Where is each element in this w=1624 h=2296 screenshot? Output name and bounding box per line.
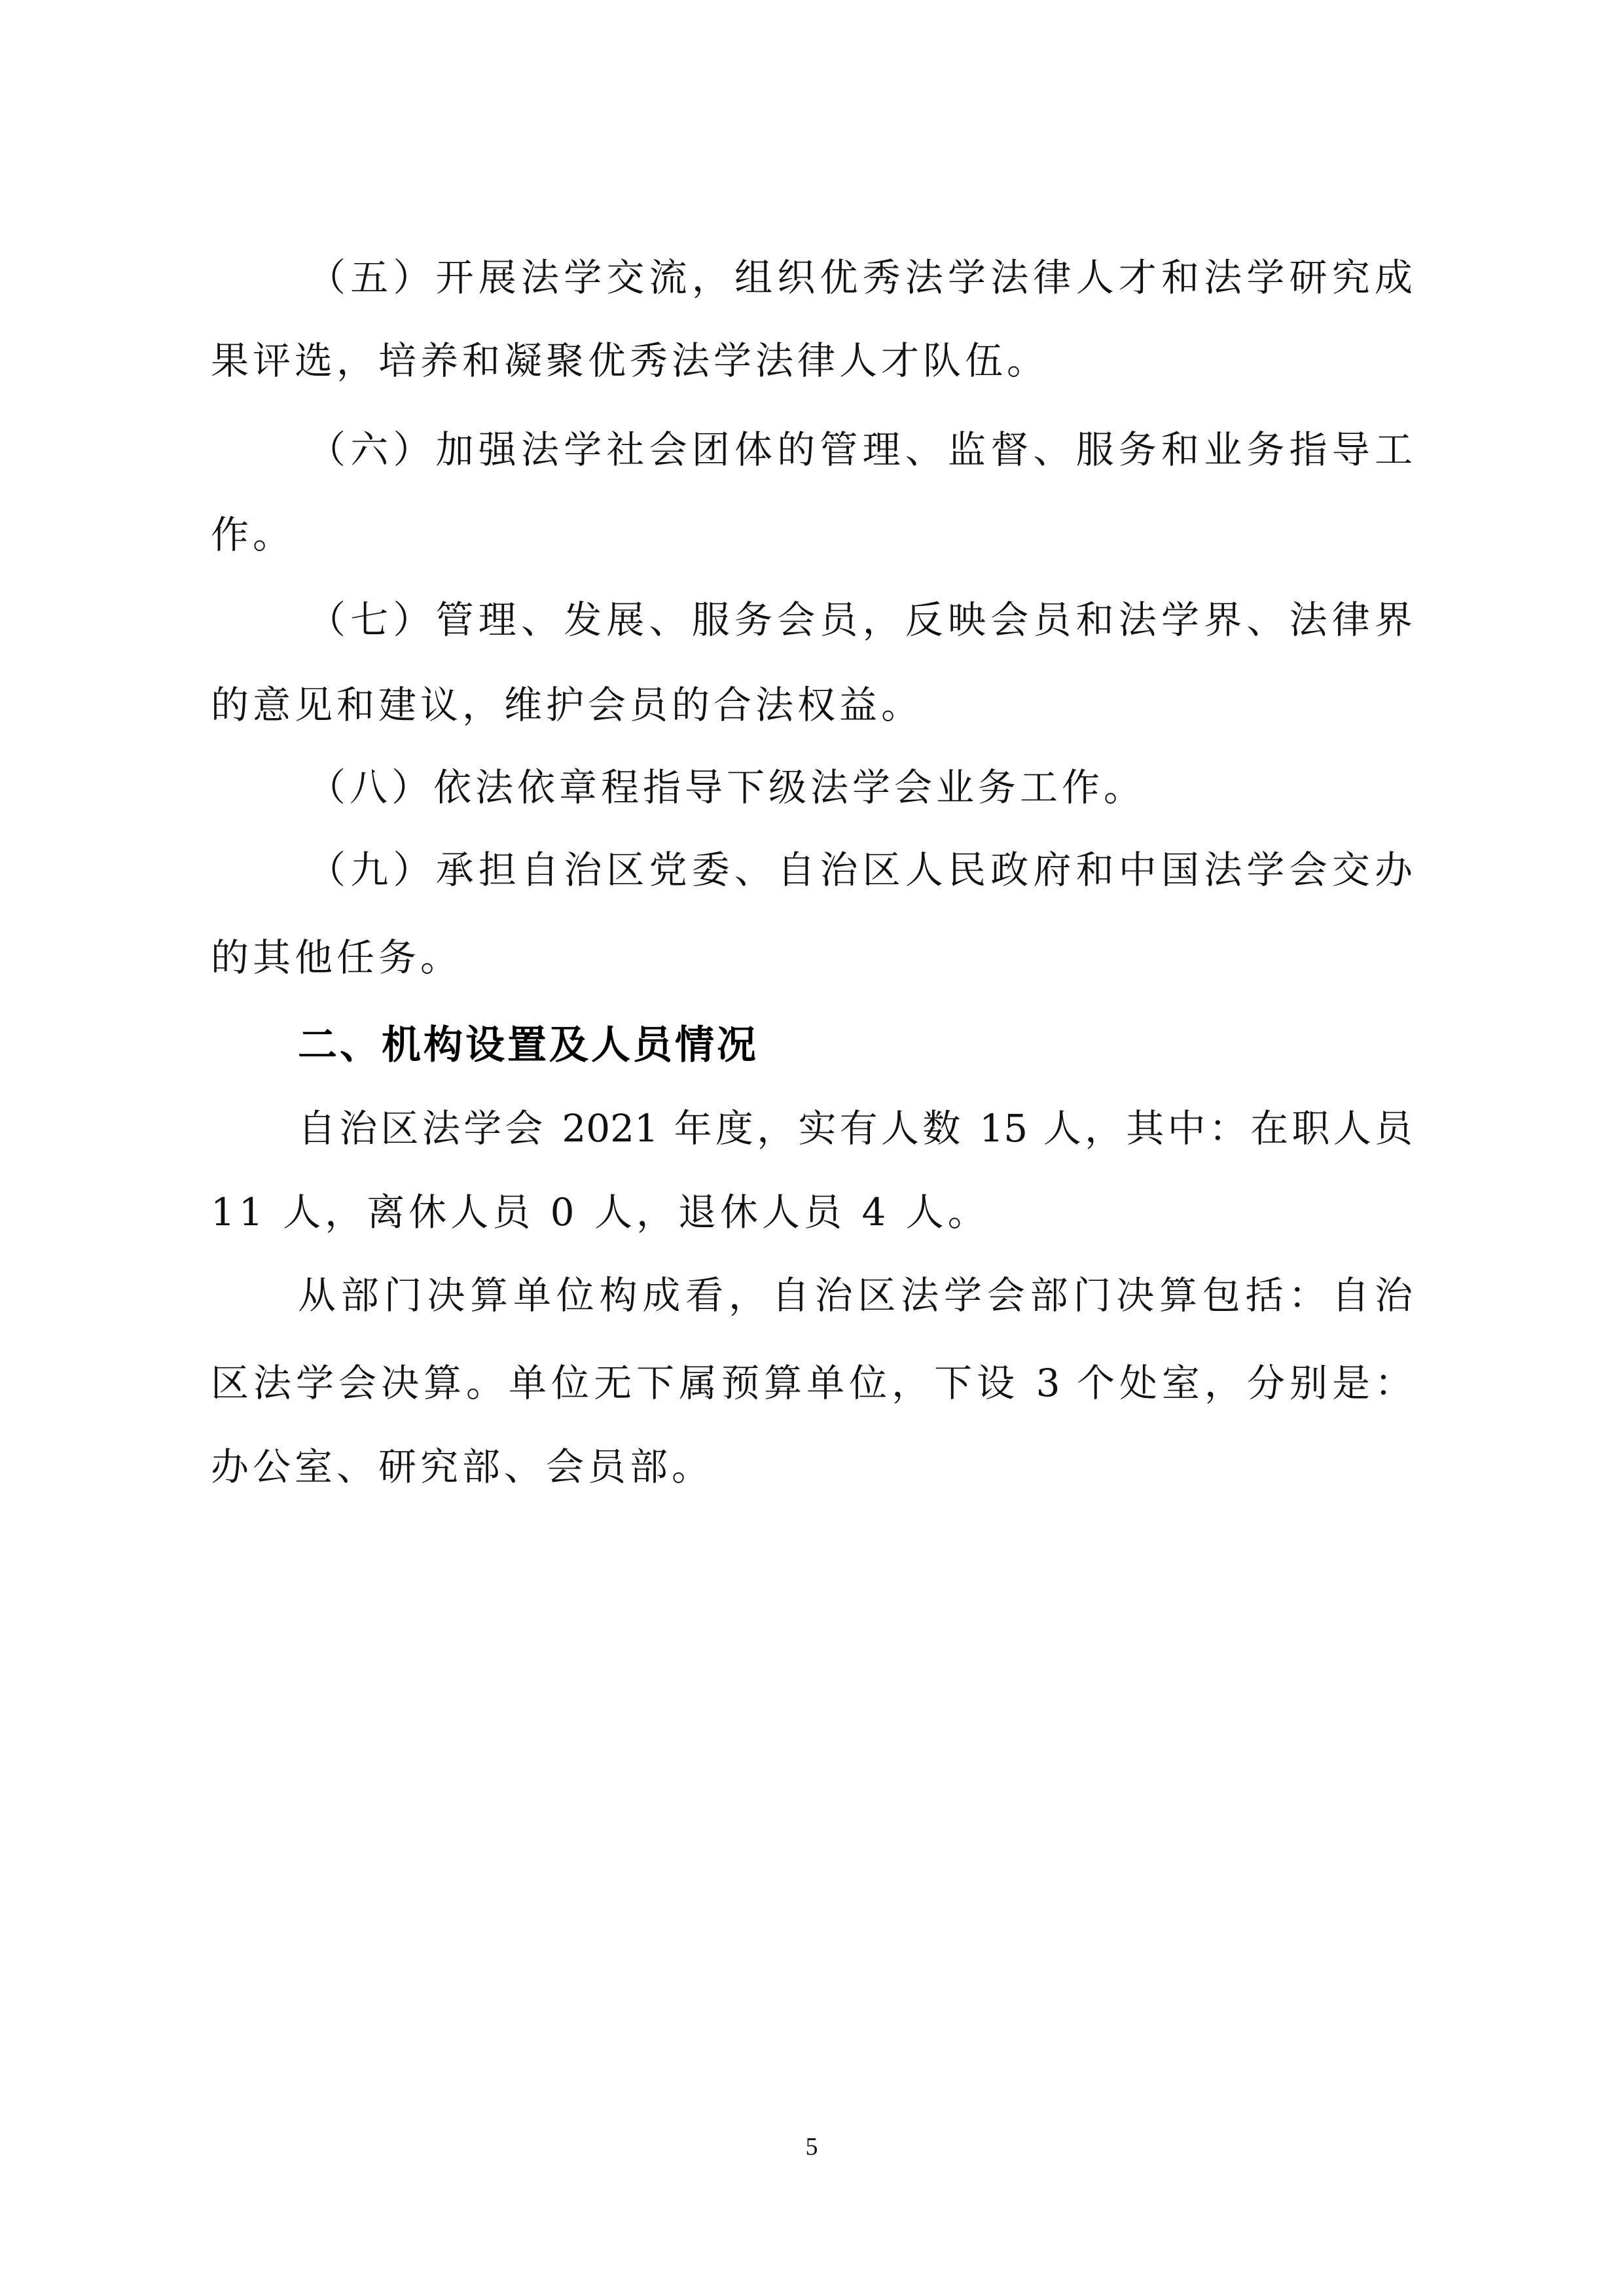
item-6-line-1: （六）加强法学社会团体的管理、监督、服务和业务指导工 — [308, 423, 1413, 476]
item-8-line-1: （八）依法依章程指导下级法学会业务工作。 — [308, 761, 1146, 814]
page-number: 5 — [785, 2131, 838, 2162]
document-page: （五）开展法学交流，组织优秀法学法律人才和法学研究成 果评选，培养和凝聚优秀法学… — [0, 0, 1624, 2296]
item-9-line-1: （九）承担自治区党委、自治区人民政府和中国法学会交办 — [308, 844, 1413, 896]
item-7-line-1: （七）管理、发展、服务会员，反映会员和法学界、法律界 — [308, 594, 1413, 646]
composition-line-1: 从部门决算单位构成看，自治区法学会部门决算包括：自治 — [298, 1269, 1413, 1321]
staffing-line-2: 11 人，离休人员 0 人，退休人员 4 人。 — [211, 1186, 990, 1238]
staffing-line-1: 自治区法学会 2021 年度，实有人数 15 人，其中：在职人员 — [298, 1102, 1413, 1155]
item-7-line-2: 的意见和建议，维护会员的合法权益。 — [211, 679, 923, 731]
item-5-line-2: 果评选，培养和凝聚优秀法学法律人才队伍。 — [211, 334, 1049, 387]
item-5-line-1: （五）开展法学交流，组织优秀法学法律人才和法学研究成 — [308, 251, 1413, 304]
item-9-line-2: 的其他任务。 — [211, 931, 462, 984]
item-6-line-2: 作。 — [211, 509, 295, 561]
composition-line-2: 区法学会决算。单位无下属预算单位，下设 3 个处室，分别是： — [211, 1357, 1413, 1409]
section-heading: 二、机构设置及人员情况 — [298, 1019, 759, 1071]
composition-line-3: 办公室、研究部、会员部。 — [211, 1441, 713, 1493]
